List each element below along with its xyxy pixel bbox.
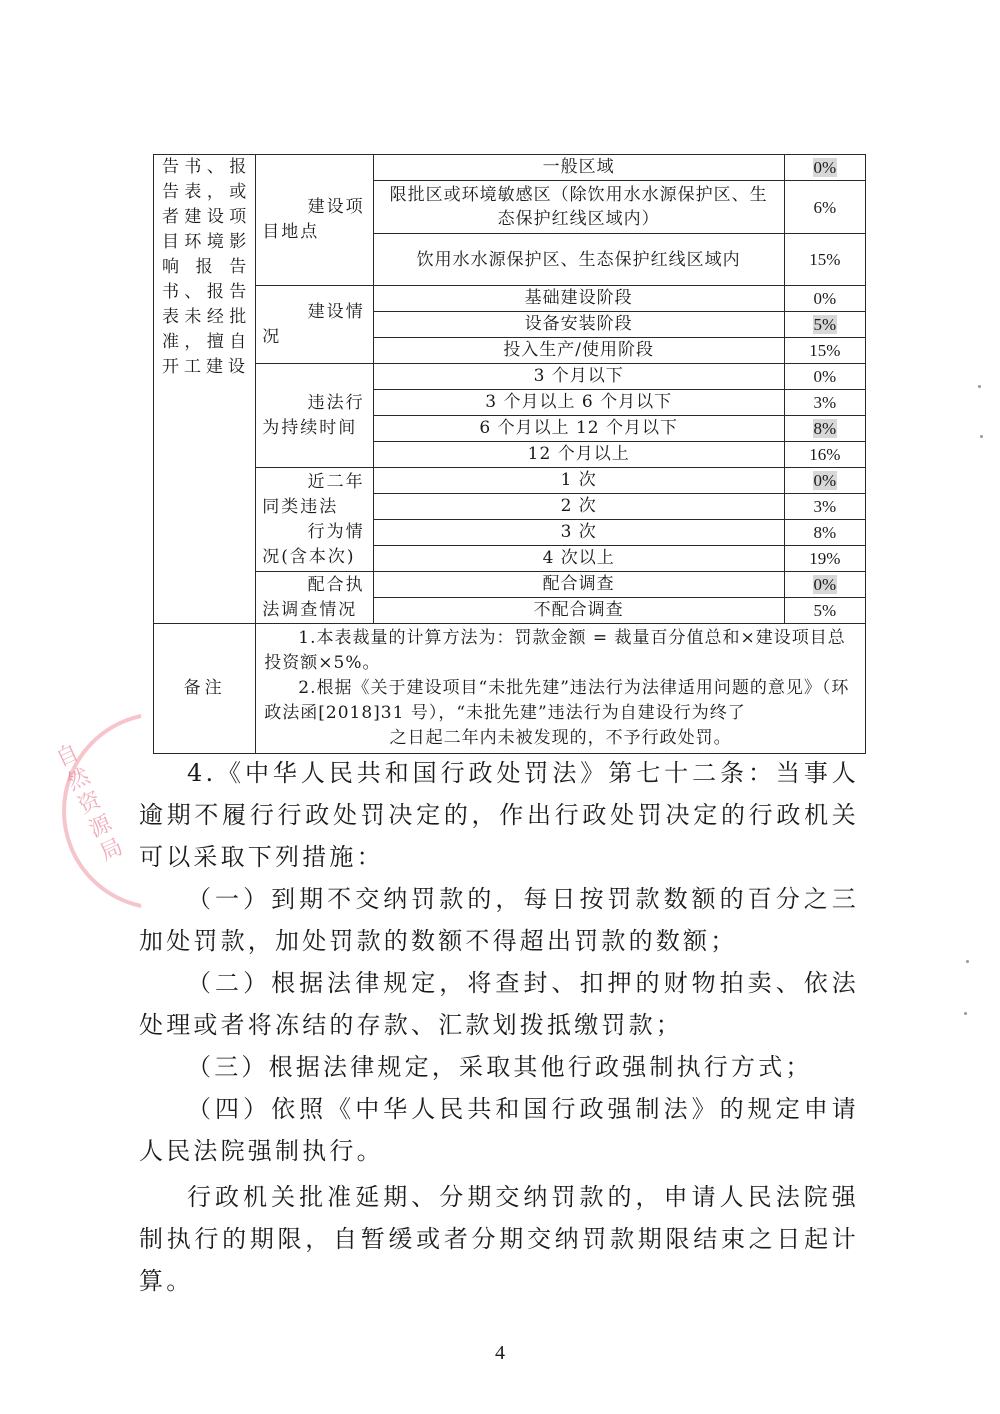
paragraph-article-72: 4.《中华人民共和国行政处罚法》第七十二条：当事人逾期不履行行政处罚决定的，作出… — [139, 752, 859, 878]
percent-cell: 0% — [784, 155, 865, 181]
category-cell-location: 建设项 目地点 — [256, 155, 373, 286]
percent-cell: 8% — [784, 520, 865, 546]
paragraph-measure-4: （四）依照《中华人民共和国行政强制法》的规定申请人民法院强制执行。 — [139, 1088, 859, 1172]
option-cell: 基础建设阶段 — [373, 286, 784, 312]
note-1: 1.本表裁量的计算方法为：罚款金额 = 裁量百分值总和×建设项目总投资额×5%。 — [264, 626, 857, 676]
category-cell-cooperation: 配合执 法调查情况 — [256, 572, 373, 624]
table-row: 告书、报告表，或者建设项目环境影响报告书、报告表未经批准，擅自开工建设 建设项 … — [154, 155, 866, 181]
option-cell: 6 个月以上 12 个月以下 — [373, 416, 784, 442]
percent-cell: 15% — [784, 338, 865, 364]
violation-description-cell: 告书、报告表，或者建设项目环境影响报告书、报告表未经批准，擅自开工建设 — [154, 155, 256, 624]
note-2-continued: 之日起二年内未被发现的，不予行政处罚。 — [264, 726, 857, 751]
option-cell: 3 个月以上 6 个月以下 — [373, 390, 784, 416]
table-row: 近二年 同类违法 行为情 况(含本次) 1 次 0% — [154, 468, 866, 494]
option-cell: 一般区域 — [373, 155, 784, 181]
percent-cell: 3% — [784, 390, 865, 416]
option-cell: 限批区或环境敏感区（除饮用水水源保护区、生态保护红线区域内） — [373, 181, 784, 234]
percent-cell: 0% — [784, 286, 865, 312]
category-cell-construction-status: 建设情 况 — [256, 286, 373, 364]
paragraph-measure-3: （三）根据法律规定，采取其他行政强制执行方式； — [139, 1046, 859, 1088]
option-cell: 不配合调查 — [373, 598, 784, 624]
paragraph-deferral: 行政机关批准延期、分期交纳罚款的，申请人民法院强制执行的期限，自暂缓或者分期交纳… — [139, 1176, 859, 1302]
percent-cell: 5% — [784, 598, 865, 624]
percent-cell: 8% — [784, 416, 865, 442]
category-cell-repeat-violations: 近二年 同类违法 行为情 况(含本次) — [256, 468, 373, 572]
percent-cell: 0% — [784, 364, 865, 390]
table-row: 配合执 法调查情况 配合调查 0% — [154, 572, 866, 598]
option-cell: 4 次以上 — [373, 546, 784, 572]
option-cell: 3 次 — [373, 520, 784, 546]
option-cell: 1 次 — [373, 468, 784, 494]
percent-cell: 16% — [784, 442, 865, 468]
percent-cell: 5% — [784, 312, 865, 338]
scan-speck — [964, 1012, 967, 1015]
percent-cell: 3% — [784, 494, 865, 520]
page-number: 4 — [0, 1342, 1000, 1365]
option-cell: 配合调查 — [373, 572, 784, 598]
option-cell: 投入生产/使用阶段 — [373, 338, 784, 364]
table-row: 违法行 为持续时间 3 个月以下 0% — [154, 364, 866, 390]
option-cell: 设备安装阶段 — [373, 312, 784, 338]
option-cell: 12 个月以上 — [373, 442, 784, 468]
scan-speck — [978, 385, 981, 388]
percent-cell: 15% — [784, 234, 865, 286]
percent-cell: 0% — [784, 572, 865, 598]
scan-speck — [966, 960, 969, 963]
percent-cell: 0% — [784, 468, 865, 494]
table-row: 建设情 况 基础建设阶段 0% — [154, 286, 866, 312]
paragraph-measure-1: （一）到期不交纳罚款的，每日按罚款数额的百分之三加处罚款，加处罚款的数额不得超出… — [139, 878, 859, 962]
notes-cell: 1.本表裁量的计算方法为：罚款金额 = 裁量百分值总和×建设项目总投资额×5%。… — [256, 624, 866, 754]
category-cell-duration: 违法行 为持续时间 — [256, 364, 373, 468]
option-cell: 3 个月以下 — [373, 364, 784, 390]
penalty-discretion-table: 告书、报告表，或者建设项目环境影响报告书、报告表未经批准，擅自开工建设 建设项 … — [153, 154, 866, 754]
scan-speck — [980, 435, 983, 438]
option-cell: 饮用水水源保护区、生态保护红线区域内 — [373, 234, 784, 286]
notes-label: 备注 — [154, 624, 256, 754]
option-cell: 2 次 — [373, 494, 784, 520]
percent-cell: 19% — [784, 546, 865, 572]
article-72-text: 4.《中华人民共和国行政处罚法》第七十二条：当事人逾期不履行行政处罚决定的，作出… — [139, 752, 859, 1302]
percent-cell: 6% — [784, 181, 865, 234]
note-2: 2.根据《关于建设项目“未批先建”违法行为法律适用问题的意见》（环政法函[201… — [264, 676, 857, 726]
paragraph-measure-2: （二）根据法律规定，将查封、扣押的财物拍卖、依法处理或者将冻结的存款、汇款划拨抵… — [139, 962, 859, 1046]
notes-row: 备注 1.本表裁量的计算方法为：罚款金额 = 裁量百分值总和×建设项目总投资额×… — [154, 624, 866, 754]
